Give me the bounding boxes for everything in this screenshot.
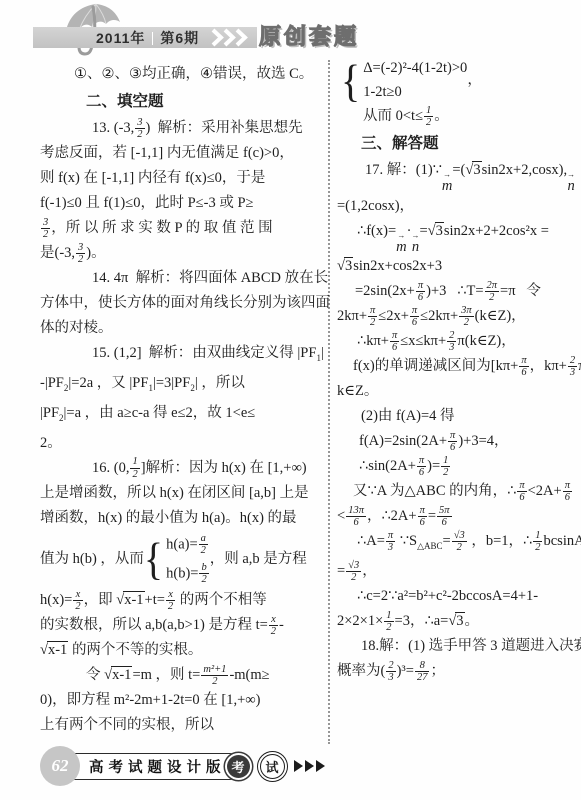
- text-line: √x-1 的两个不等的实根。: [40, 638, 326, 663]
- text-line: (2)由 f(A)=4 得: [337, 404, 579, 429]
- text-line: 17. 解：(1)∵→m=(√3sin2x+2,cosx),→n: [337, 158, 579, 194]
- text-line: 的实数根，所以 a,b(a,b>1) 是方程 t=x2-: [40, 613, 326, 638]
- case-line: h(a)=a2: [166, 533, 210, 557]
- text-line: 18.解：(1) 选手甲答 3 道题进入决赛的: [337, 634, 579, 659]
- text-line: ∴f(x)=→m·→n=√3sin2x+2+2cos²x =: [337, 219, 579, 255]
- text-line: 0)，即方程 m²-2m+1-2t=0 在 [1,+∞): [40, 688, 326, 713]
- brace-glyph: {: [144, 536, 163, 582]
- text-line: h(x)=x2，即 √x-1+t=x2 的两个不相等: [40, 588, 326, 613]
- arrow-icon: [294, 760, 303, 772]
- text-line: 令 √x-1=m ，则 t=m²+12-m(m≥: [40, 663, 326, 688]
- text-line: 16. (0,12]解析：因为 h(x) 在 [1,+∞): [40, 456, 326, 481]
- text-line: 又∵A 为△ABC 的内角，∴π6<2A+π6: [337, 479, 579, 504]
- header-issue-text: 2011年 第6期: [96, 29, 199, 47]
- arrow-icon: [316, 760, 325, 772]
- header-issue: 第6期: [160, 28, 199, 48]
- text-line: =2sin(2x+π6)+3 ∴T=2π2=π 令: [337, 279, 579, 304]
- text-line: 方体中，使长方体的面对角线长分别为该四面: [40, 291, 326, 316]
- text-line: ①、②、③均正确，④错误，故选 C。: [40, 62, 326, 87]
- text-line: √3sin2x+cos2x+3: [337, 254, 579, 279]
- text-line: 二、填空题: [40, 87, 326, 116]
- text-line: 2kπ+π2≤2x+π6≤2kπ+3π2(k∈Z)，: [337, 304, 579, 329]
- text-line: |PF2|=a ，由 a≥c-a 得 e≤2，故 1<e≤: [40, 401, 326, 431]
- text-line: 体的对棱。: [40, 316, 326, 341]
- text-line: 上有两个不同的实根，所以: [40, 713, 326, 738]
- left-column: ①、②、③均正确，④错误，故选 C。二、填空题13. (-3,32) 解析：采用…: [40, 62, 326, 738]
- right-column: {Δ=(-2)²-4(1-2t)>01-2t≥0，从而 0<t≤12。三、解答题…: [337, 57, 579, 684]
- text-line: 增函数，h(x) 的最小值为 h(a)。h(x) 的最: [40, 506, 326, 531]
- equation-cases-line: {Δ=(-2)²-4(1-2t)>01-2t≥0，: [337, 57, 579, 104]
- brand-label: 高考试题设计版: [89, 756, 226, 777]
- text-line: 2。: [40, 431, 326, 456]
- case-line: h(b)=b2: [166, 562, 210, 586]
- case-line: 1-2t≥0: [363, 83, 467, 102]
- text-line: <13π6，∴2A+π6=5π6: [337, 504, 579, 529]
- text-line: ∴sin(2A+π6)=12: [337, 454, 579, 479]
- text-line: ∴kπ+π6≤x≤kπ+23π(k∈Z)，: [337, 329, 579, 354]
- kao-badge: 考: [227, 755, 250, 778]
- text-line: f(x)的单调递减区间为[kπ+π6，kπ+23π]，: [337, 354, 579, 379]
- text-line: 三、解答题: [337, 129, 579, 158]
- text-line: 上是增函数，所以 h(x) 在闭区间 [a,b] 上是: [40, 481, 326, 506]
- text-line: 2×2×1×12=3，∴a=√3。: [337, 609, 579, 634]
- text-line: f(A)=2sin(2A+π6)+3=4，: [337, 429, 579, 454]
- text-line: 从而 0<t≤12。: [337, 104, 579, 129]
- text-line: 考虑反面，若 [-1,1] 内无值满足 f(c)>0，: [40, 141, 326, 166]
- text-line: 则 f(x) 在 [-1,1] 内径有 f(x)≤0，于是: [40, 166, 326, 191]
- cases-group: {h(a)=a2h(b)=b2: [144, 533, 210, 586]
- text-line: 14. 4π 解析：将四面体 ABCD 放在长: [40, 266, 326, 291]
- footer: 62 高考试题设计版 考 试: [40, 746, 325, 786]
- column-divider: [328, 60, 330, 744]
- text-line: 概率为(23)³=827；: [337, 659, 579, 684]
- chevrons-icon: [211, 28, 253, 47]
- text-line: f(-1)≤0 且 f(1)≤0，此时 P≤-3 或 P≥: [40, 191, 326, 216]
- header-divider: [152, 32, 153, 45]
- equation-cases-line: 值为 h(b) ，从而{h(a)=a2h(b)=b2，则 a,b 是方程: [40, 531, 326, 588]
- header-year: 2011年: [96, 28, 145, 48]
- arrow-icon: [305, 760, 314, 772]
- page-title: 原创套题: [259, 20, 359, 51]
- text-line: k∈Z。: [337, 379, 579, 404]
- magazine-page: 2011年 第6期 原创套题 ①、②、③均正确，④错误，故选 C。二、填空题13…: [0, 0, 581, 800]
- text-line: =√32，: [337, 559, 579, 584]
- text-line: ∴c=2∵a²=b²+c²-2bccosA=4+1-: [337, 584, 579, 609]
- text-line: 13. (-3,32) 解析：采用补集思想先: [40, 116, 326, 141]
- cases-group: {Δ=(-2)²-4(1-2t)>01-2t≥0: [341, 59, 467, 102]
- shi-badge: 试: [260, 754, 285, 779]
- text-line: =(1,2cosx)，: [337, 194, 579, 219]
- arrow-icons: [294, 760, 325, 772]
- text-line: ∴A=π3 ∵S△ABC=√32 ，b=1，∴12bcsinA: [337, 529, 579, 559]
- case-line: Δ=(-2)²-4(1-2t)>0: [363, 59, 467, 78]
- brace-glyph: {: [341, 58, 360, 104]
- text-line: 是(-3,32)。: [40, 241, 326, 266]
- text-line: 15. (1,2] 解析：由双曲线定义得 |PF1|: [40, 341, 326, 371]
- text-line: 32，所 以 所 求 实 数 P 的 取 值 范 围: [40, 216, 326, 241]
- text-line: -|PF2|=2a ，又 |PF1|=3|PF2| ，所以: [40, 371, 326, 401]
- page-number-badge: 62: [40, 746, 80, 786]
- brand-pill: 高考试题设计版: [60, 753, 243, 780]
